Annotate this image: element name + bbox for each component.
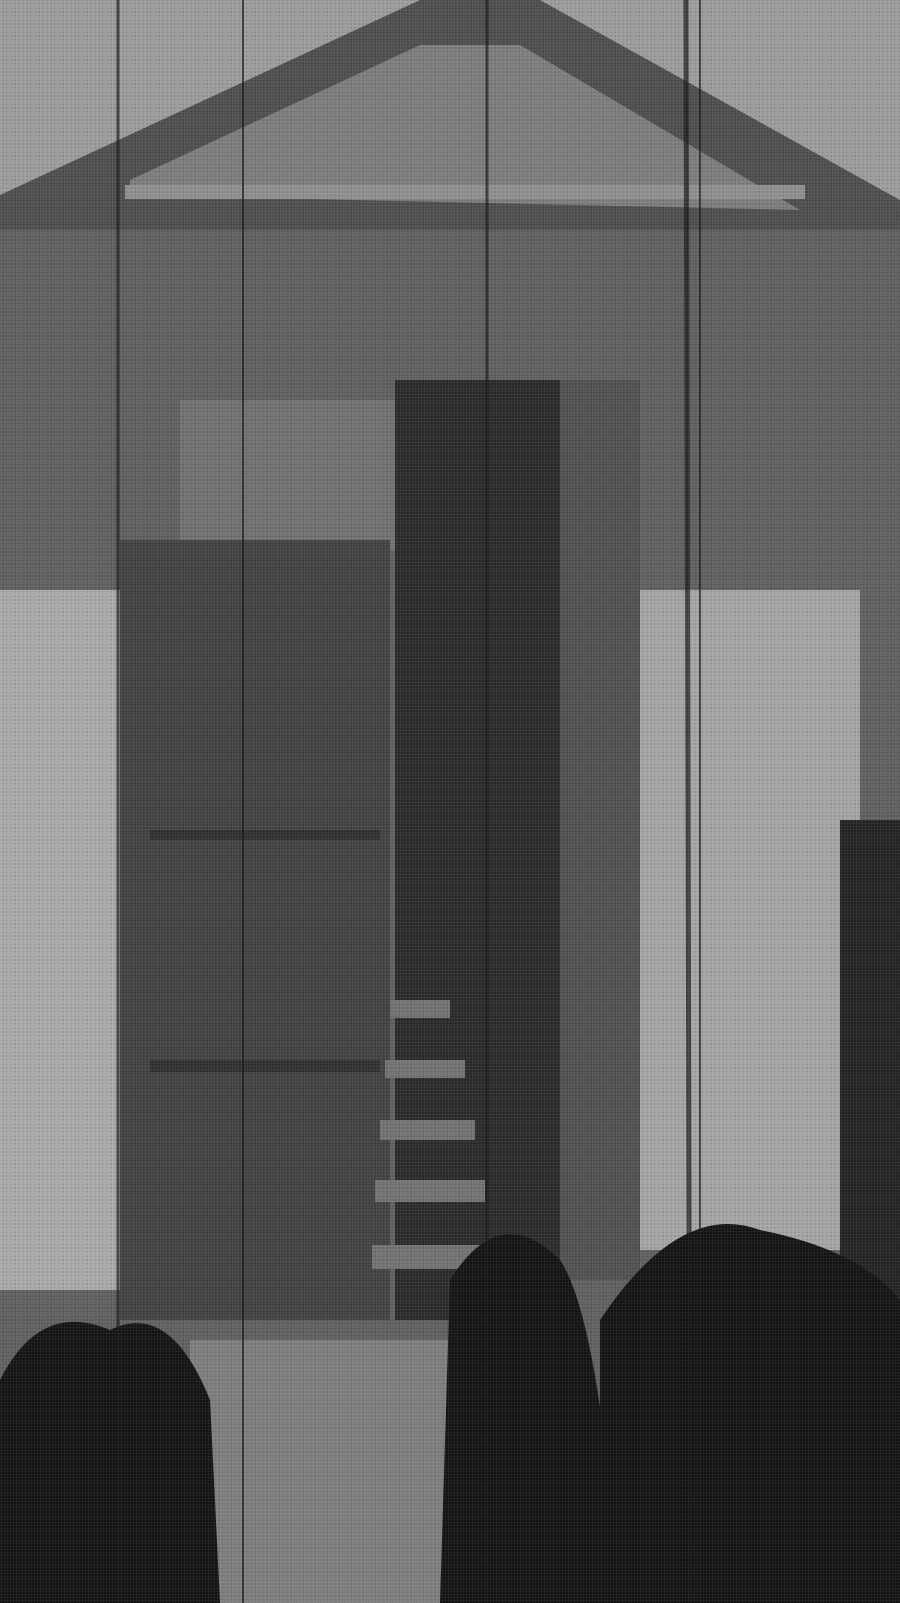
door-jamb xyxy=(560,380,640,1280)
door-rail xyxy=(150,1060,380,1072)
left-door xyxy=(120,540,390,1320)
transom-ornament xyxy=(180,400,395,550)
cornice xyxy=(125,185,805,199)
door-rail xyxy=(150,830,380,840)
building-facade-photo xyxy=(0,0,900,1603)
film-frame xyxy=(0,0,900,1603)
right-wall-light xyxy=(640,590,860,1250)
left-wall-light xyxy=(0,590,125,1290)
pavement xyxy=(190,1340,480,1603)
central-doorway xyxy=(395,380,565,1320)
